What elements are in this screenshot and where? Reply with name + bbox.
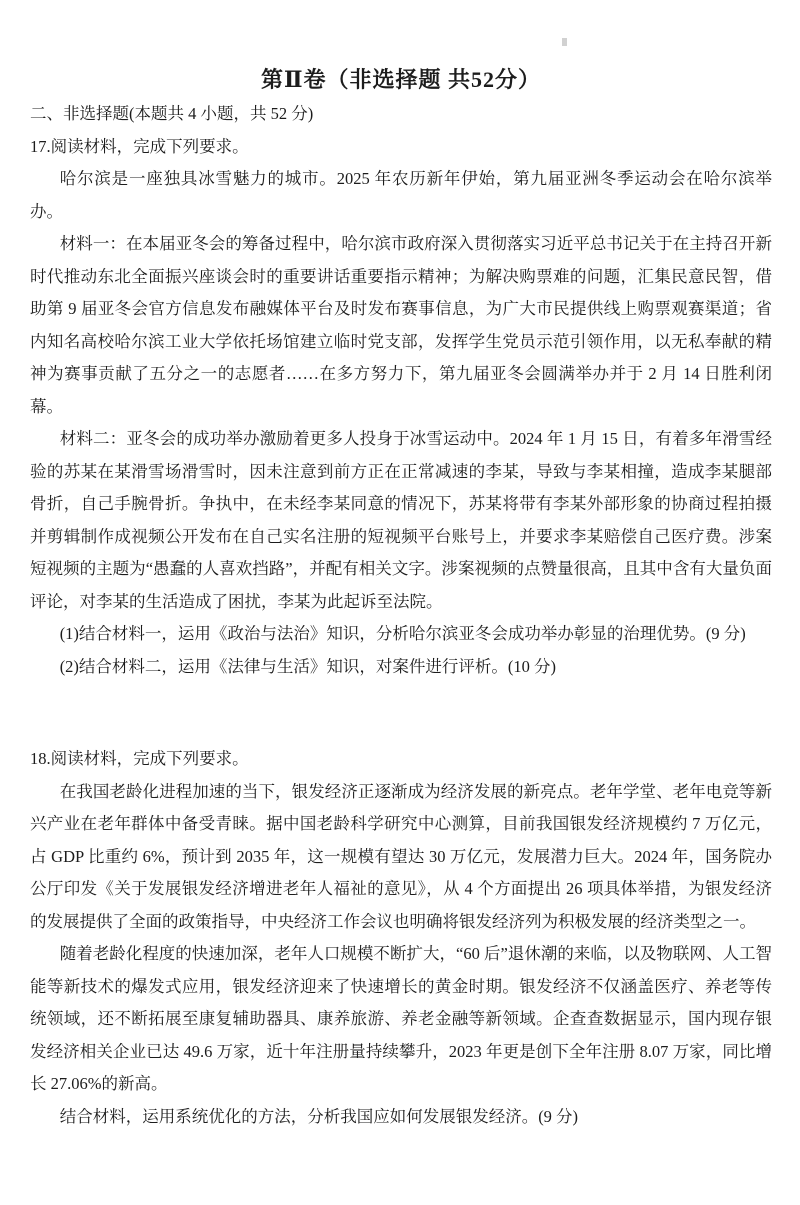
paper-title: 第Ⅱ卷（非选择题 共52分）: [30, 62, 772, 98]
question-17-sub-question-1: (1)结合材料一，运用《政治与法治》知识，分析哈尔滨亚冬会成功举办彰显的治理优势…: [30, 618, 772, 651]
question-17-sub-question-2: (2)结合材料二，运用《法律与生活》知识，对案件进行评析。(10 分): [30, 651, 772, 684]
question-17-material-2: 材料二：亚冬会的成功举办激励着更多人投身于冰雪运动中。2024 年 1 月 15…: [30, 423, 772, 618]
question-18-task: 结合材料，运用系统优化的方法，分析我国应如何发展银发经济。(9 分): [30, 1101, 772, 1134]
question-18-paragraph-1: 在我国老龄化进程加速的当下，银发经济正逐渐成为经济发展的新亮点。老年学堂、老年电…: [30, 776, 772, 939]
question-17-intro: 哈尔滨是一座独具冰雪魅力的城市。2025 年农历新年伊始，第九届亚洲冬季运动会在…: [30, 163, 772, 228]
question-17-block: 17.阅读材料，完成下列要求。 哈尔滨是一座独具冰雪魅力的城市。2025 年农历…: [30, 131, 772, 684]
page-content: 第Ⅱ卷（非选择题 共52分） 二、非选择题(本题共 4 小题，共 52 分) 1…: [30, 0, 772, 1133]
section-heading: 二、非选择题(本题共 4 小题，共 52 分): [30, 98, 772, 131]
question-18-heading: 18.阅读材料，完成下列要求。: [30, 743, 772, 776]
exam-paper-page: 第Ⅱ卷（非选择题 共52分） 二、非选择题(本题共 4 小题，共 52 分) 1…: [0, 0, 800, 1205]
question-18-block: 18.阅读材料，完成下列要求。 在我国老龄化进程加速的当下，银发经济正逐渐成为经…: [30, 743, 772, 1133]
question-18-paragraph-2: 随着老龄化程度的快速加深，老年人口规模不断扩大，“60 后”退休潮的来临，以及物…: [30, 938, 772, 1101]
question-17-heading: 17.阅读材料，完成下列要求。: [30, 131, 772, 164]
question-17-material-1: 材料一：在本届亚冬会的筹备过程中，哈尔滨市政府深入贯彻落实习近平总书记关于在主持…: [30, 228, 772, 423]
